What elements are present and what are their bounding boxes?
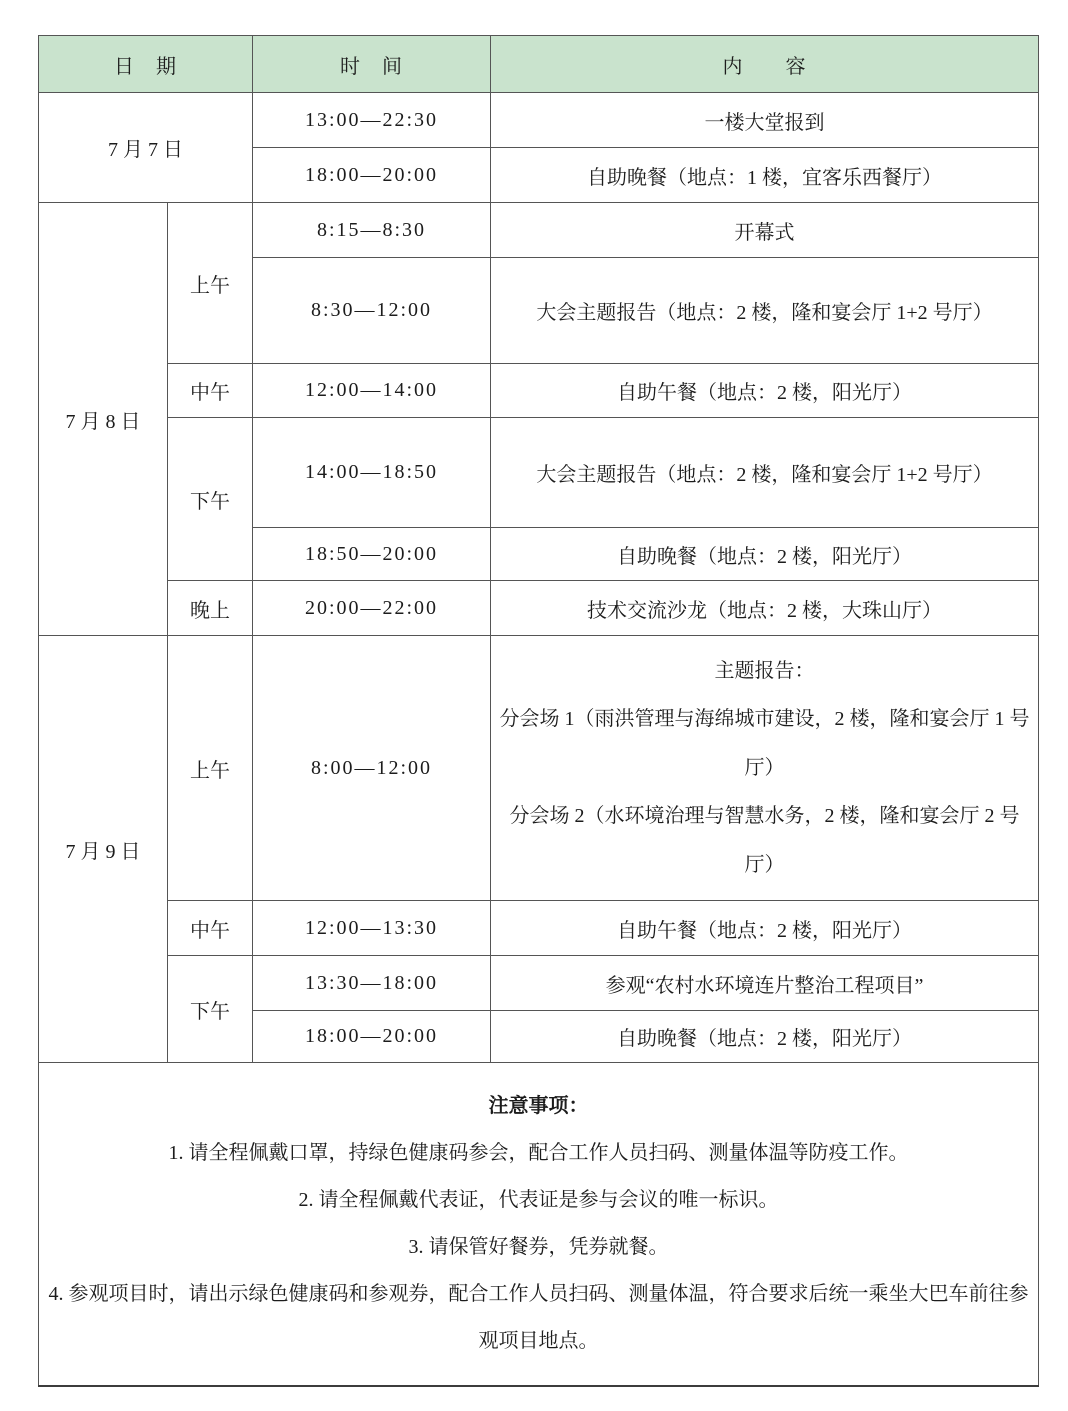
date-cell-jul7: 7 月 7 日 <box>39 93 253 203</box>
note-item: 3. 请保管好餐券，凭券就餐。 <box>43 1224 1034 1271</box>
time-cell: 8:00—12:00 <box>253 636 491 901</box>
agenda-page: 日 期 时 间 内 容 7 月 7 日 13:00—22:30 一楼大堂报到 1… <box>38 35 1038 1387</box>
content-cell: 一楼大堂报到 <box>491 93 1039 148</box>
conference-schedule-table: 日 期 时 间 内 容 7 月 7 日 13:00—22:30 一楼大堂报到 1… <box>38 35 1039 1387</box>
period-cell-afternoon-jul8: 下午 <box>168 418 253 581</box>
content-cell: 大会主题报告（地点：2 楼，隆和宴会厅 1+2 号厅） <box>491 258 1039 364</box>
content-cell: 开幕式 <box>491 203 1039 258</box>
time-cell: 18:00—20:00 <box>253 148 491 203</box>
content-line: 分会场 1（雨洪管理与海绵城市建设，2 楼，隆和宴会厅 1 号厅） <box>495 695 1034 792</box>
period-cell-morning-jul9: 上午 <box>168 636 253 901</box>
table-row: 下午 13:30—18:00 参观“农村水环境连片整治工程项目” <box>39 956 1039 1011</box>
time-cell: 18:50—20:00 <box>253 528 491 581</box>
content-cell: 技术交流沙龙（地点：2 楼，大珠山厅） <box>491 581 1039 636</box>
table-row: 7 月 9 日 上午 8:00—12:00 主题报告： 分会场 1（雨洪管理与海… <box>39 636 1039 901</box>
time-cell: 12:00—14:00 <box>253 364 491 418</box>
header-time: 时 间 <box>253 36 491 93</box>
period-cell-noon-jul9: 中午 <box>168 901 253 956</box>
time-cell: 14:00—18:50 <box>253 418 491 528</box>
content-cell: 大会主题报告（地点：2 楼，隆和宴会厅 1+2 号厅） <box>491 418 1039 528</box>
table-row: 中午 12:00—14:00 自助午餐（地点：2 楼，阳光厅） <box>39 364 1039 418</box>
table-row: 7 月 7 日 13:00—22:30 一楼大堂报到 <box>39 93 1039 148</box>
period-cell-noon-jul8: 中午 <box>168 364 253 418</box>
content-cell: 自助晚餐（地点：2 楼，阳光厅） <box>491 1011 1039 1063</box>
date-cell-jul9: 7 月 9 日 <box>39 636 168 1063</box>
period-cell-morning-jul8: 上午 <box>168 203 253 364</box>
time-cell: 13:00—22:30 <box>253 93 491 148</box>
content-line: 分会场 2（水环境治理与智慧水务，2 楼，隆和宴会厅 2 号厅） <box>495 792 1034 889</box>
content-cell: 自助午餐（地点：2 楼，阳光厅） <box>491 364 1039 418</box>
notes-title: 注意事项： <box>43 1083 1034 1130</box>
time-cell: 8:30—12:00 <box>253 258 491 364</box>
content-cell: 自助晚餐（地点：2 楼，阳光厅） <box>491 528 1039 581</box>
time-cell: 18:00—20:00 <box>253 1011 491 1063</box>
table-row: 注意事项： 1. 请全程佩戴口罩，持绿色健康码参会，配合工作人员扫码、测量体温等… <box>39 1063 1039 1386</box>
header-content: 内 容 <box>491 36 1039 93</box>
content-cell: 参观“农村水环境连片整治工程项目” <box>491 956 1039 1011</box>
table-row: 中午 12:00—13:30 自助午餐（地点：2 楼，阳光厅） <box>39 901 1039 956</box>
note-item: 2. 请全程佩戴代表证，代表证是参与会议的唯一标识。 <box>43 1177 1034 1224</box>
table-row: 7 月 8 日 上午 8:15—8:30 开幕式 <box>39 203 1039 258</box>
note-item: 4. 参观项目时，请出示绿色健康码和参观券，配合工作人员扫码、测量体温，符合要求… <box>43 1271 1034 1365</box>
time-cell: 20:00—22:00 <box>253 581 491 636</box>
content-cell-breakout-sessions: 主题报告： 分会场 1（雨洪管理与海绵城市建设，2 楼，隆和宴会厅 1 号厅） … <box>491 636 1039 901</box>
notes-section: 注意事项： 1. 请全程佩戴口罩，持绿色健康码参会，配合工作人员扫码、测量体温等… <box>39 1063 1039 1386</box>
content-cell: 自助晚餐（地点：1 楼，宜客乐西餐厅） <box>491 148 1039 203</box>
table-row: 晚上 20:00—22:00 技术交流沙龙（地点：2 楼，大珠山厅） <box>39 581 1039 636</box>
note-item: 1. 请全程佩戴口罩，持绿色健康码参会，配合工作人员扫码、测量体温等防疫工作。 <box>43 1130 1034 1177</box>
period-cell-afternoon-jul9: 下午 <box>168 956 253 1063</box>
content-line: 主题报告： <box>495 647 1034 695</box>
date-cell-jul8: 7 月 8 日 <box>39 203 168 636</box>
time-cell: 8:15—8:30 <box>253 203 491 258</box>
period-cell-evening-jul8: 晚上 <box>168 581 253 636</box>
header-date: 日 期 <box>39 36 253 93</box>
time-cell: 13:30—18:00 <box>253 956 491 1011</box>
content-cell: 自助午餐（地点：2 楼，阳光厅） <box>491 901 1039 956</box>
time-cell: 12:00—13:30 <box>253 901 491 956</box>
header-row: 日 期 时 间 内 容 <box>39 36 1039 93</box>
table-row: 下午 14:00—18:50 大会主题报告（地点：2 楼，隆和宴会厅 1+2 号… <box>39 418 1039 528</box>
